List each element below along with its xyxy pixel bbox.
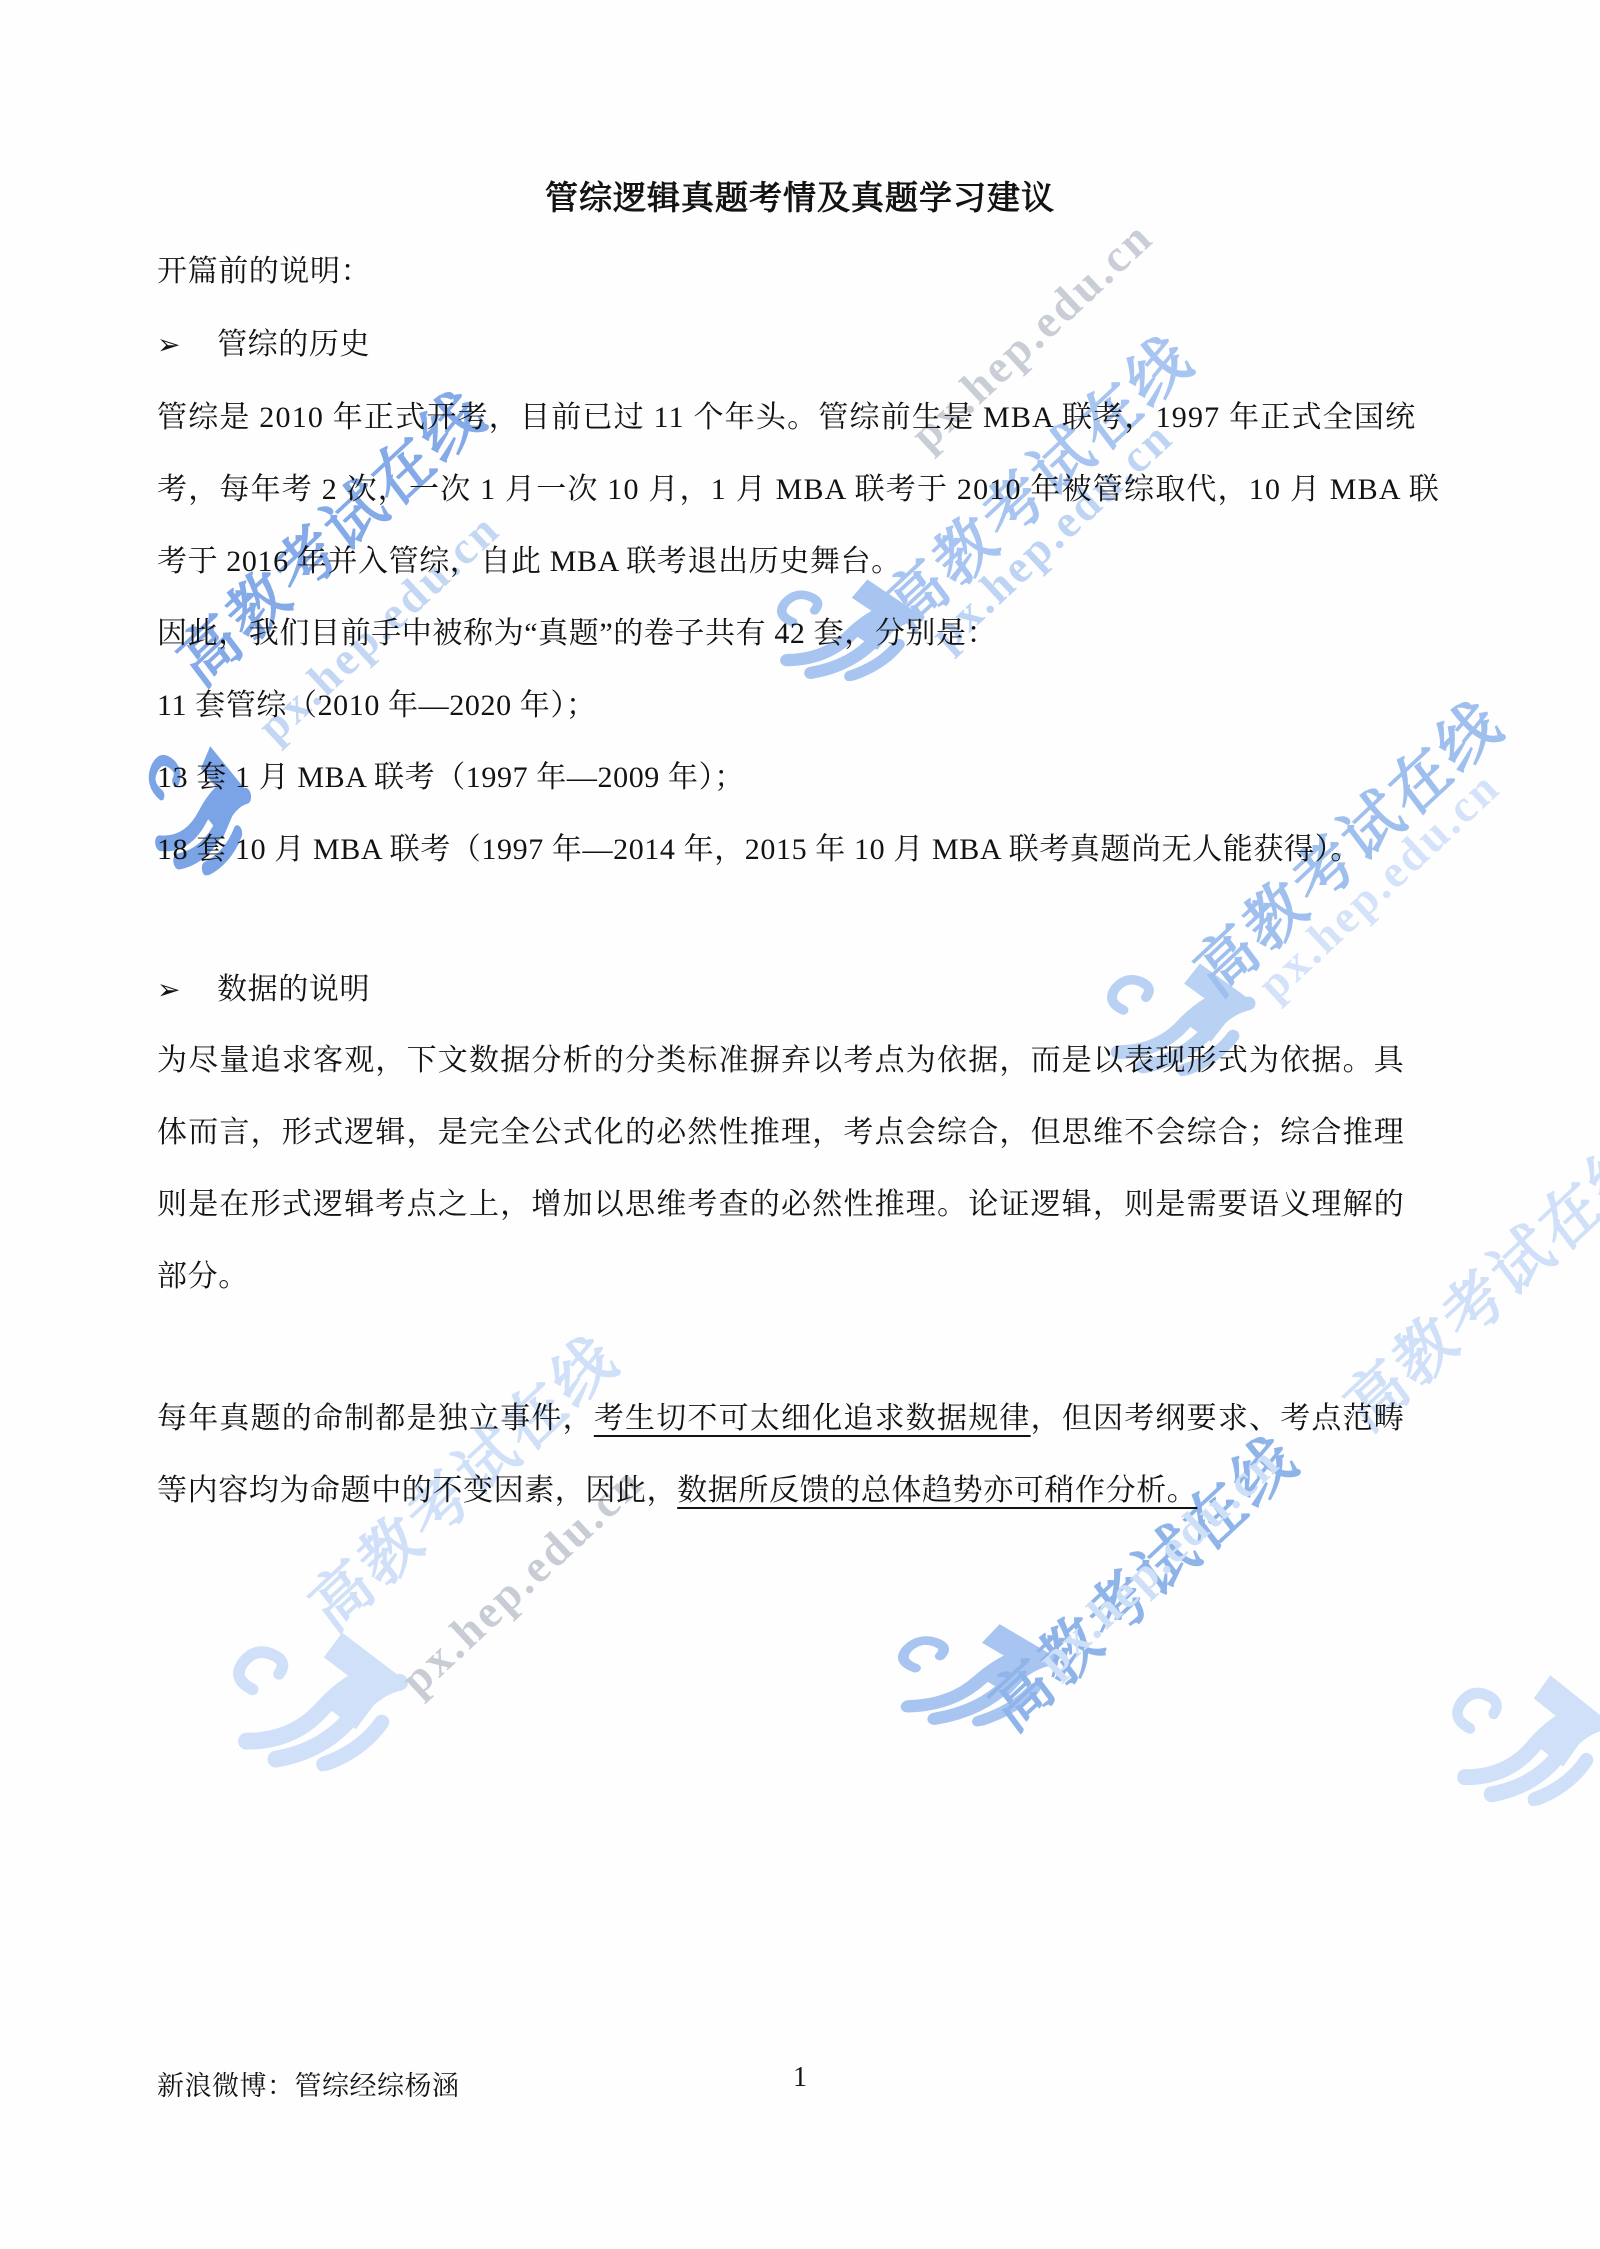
paragraph-line: 体而言，形式逻辑，是完全公式化的必然性推理，考点会综合，但思维不会综合；综合推理 (157, 1115, 1405, 1152)
paragraph-line: 则是在形式逻辑考点之上，增加以思维考查的必然性推理。论证逻辑，则是需要语义理解的 (157, 1187, 1405, 1224)
paragraph-line: 考，每年考 2 次，一次 1 月一次 10 月，1 月 MBA 联考于 2010… (157, 472, 1440, 509)
paragraph-line: 考于 2016 年并入管综，自此 MBA 联考退出历史舞台。 (157, 544, 902, 581)
paragraph-line: 为尽量追求客观，下文数据分析的分类标准摒弃以考点为依据，而是以表现形式为依据。具 (157, 1043, 1405, 1080)
document-page: 高教考试在线 高教考试在线 高教考试在线 高教考试在线 高教考试在线 高教考试在… (0, 0, 1600, 2249)
footer-page-number: 1 (793, 2062, 807, 2094)
paragraph-line: 18 套 10 月 MBA 联考（1997 年—2014 年，2015 年 10… (157, 832, 1361, 869)
paragraph-line: 管综是 2010 年正式开考，目前已过 11 个年头。管综前生是 MBA 联考，… (157, 400, 1416, 437)
closing-text: 每年真题的命制都是独立事件， (157, 1402, 594, 1435)
bullet-arrow-icon: ➢ (157, 973, 181, 1006)
paragraph-line: 因此，我们目前手中被称为“真题”的卷子共有 42 套，分别是： (157, 616, 997, 653)
bullet-arrow-icon: ➢ (157, 328, 181, 361)
section-heading-data: ➢数据的说明 (157, 972, 370, 1009)
paragraph-line: 部分。 (157, 1259, 249, 1296)
section-heading-text: 管综的历史 (217, 328, 370, 361)
footer-weibo: 新浪微博：管综经综杨涵 (157, 2064, 460, 2103)
closing-text: ，但因考纲要求、考点范畴 (1031, 1402, 1405, 1435)
underlined-phrase: 数据所反馈的总体趋势亦可稍作分析。 (677, 1474, 1197, 1507)
paragraph-line: 13 套 1 月 MBA 联考（1997 年—2009 年）； (157, 760, 745, 797)
closing-line-1: 每年真题的命制都是独立事件，考生切不可太细化追求数据规律，但因考纲要求、考点范畴 (157, 1401, 1405, 1438)
intro-label: 开篇前的说明： (157, 254, 371, 291)
underlined-phrase: 考生切不可太细化追求数据规律 (594, 1402, 1031, 1435)
closing-text: 等内容均为命题中的不变因素，因此， (157, 1474, 677, 1507)
section-heading-text: 数据的说明 (217, 973, 370, 1006)
section-heading-history: ➢管综的历史 (157, 327, 370, 364)
document-content: 管综逻辑真题考情及真题学习建议 开篇前的说明： ➢管综的历史 管综是 2010 … (0, 0, 1600, 2249)
page-title: 管综逻辑真题考情及真题学习建议 (0, 179, 1600, 219)
paragraph-line: 11 套管综（2010 年—2020 年）； (157, 688, 597, 725)
closing-line-2: 等内容均为命题中的不变因素，因此，数据所反馈的总体趋势亦可稍作分析。 (157, 1473, 1197, 1510)
